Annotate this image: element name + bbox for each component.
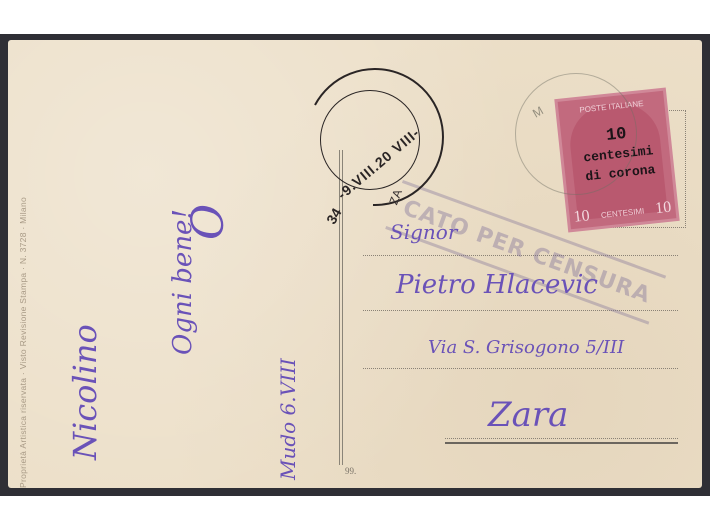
handwritten-message: Ogni bene! xyxy=(168,209,198,355)
stamp-cancel-circle xyxy=(515,73,637,195)
stamp-value-right: 10 xyxy=(654,199,672,219)
address-salutation: Signor xyxy=(390,220,457,244)
divider-number: 99. xyxy=(345,466,356,476)
address-street: Via S. Grisogono 5/III xyxy=(428,337,624,358)
handwritten-place-date: Mudo 6.VIII xyxy=(276,358,300,480)
publisher-imprint: Proprietà Artistica riservata · Visto Re… xyxy=(18,197,28,488)
address-line-4 xyxy=(445,438,678,439)
address-city: Zara xyxy=(488,395,568,435)
address-name: Pietro Hlacevic xyxy=(396,270,598,300)
stamp-value-left: 10 xyxy=(573,207,591,227)
postcard: Proprietà Artistica riservata · Visto Re… xyxy=(8,40,702,488)
handwritten-signature: Nicolino xyxy=(66,324,104,460)
address-underline xyxy=(445,442,678,444)
address-line-3 xyxy=(363,368,678,369)
